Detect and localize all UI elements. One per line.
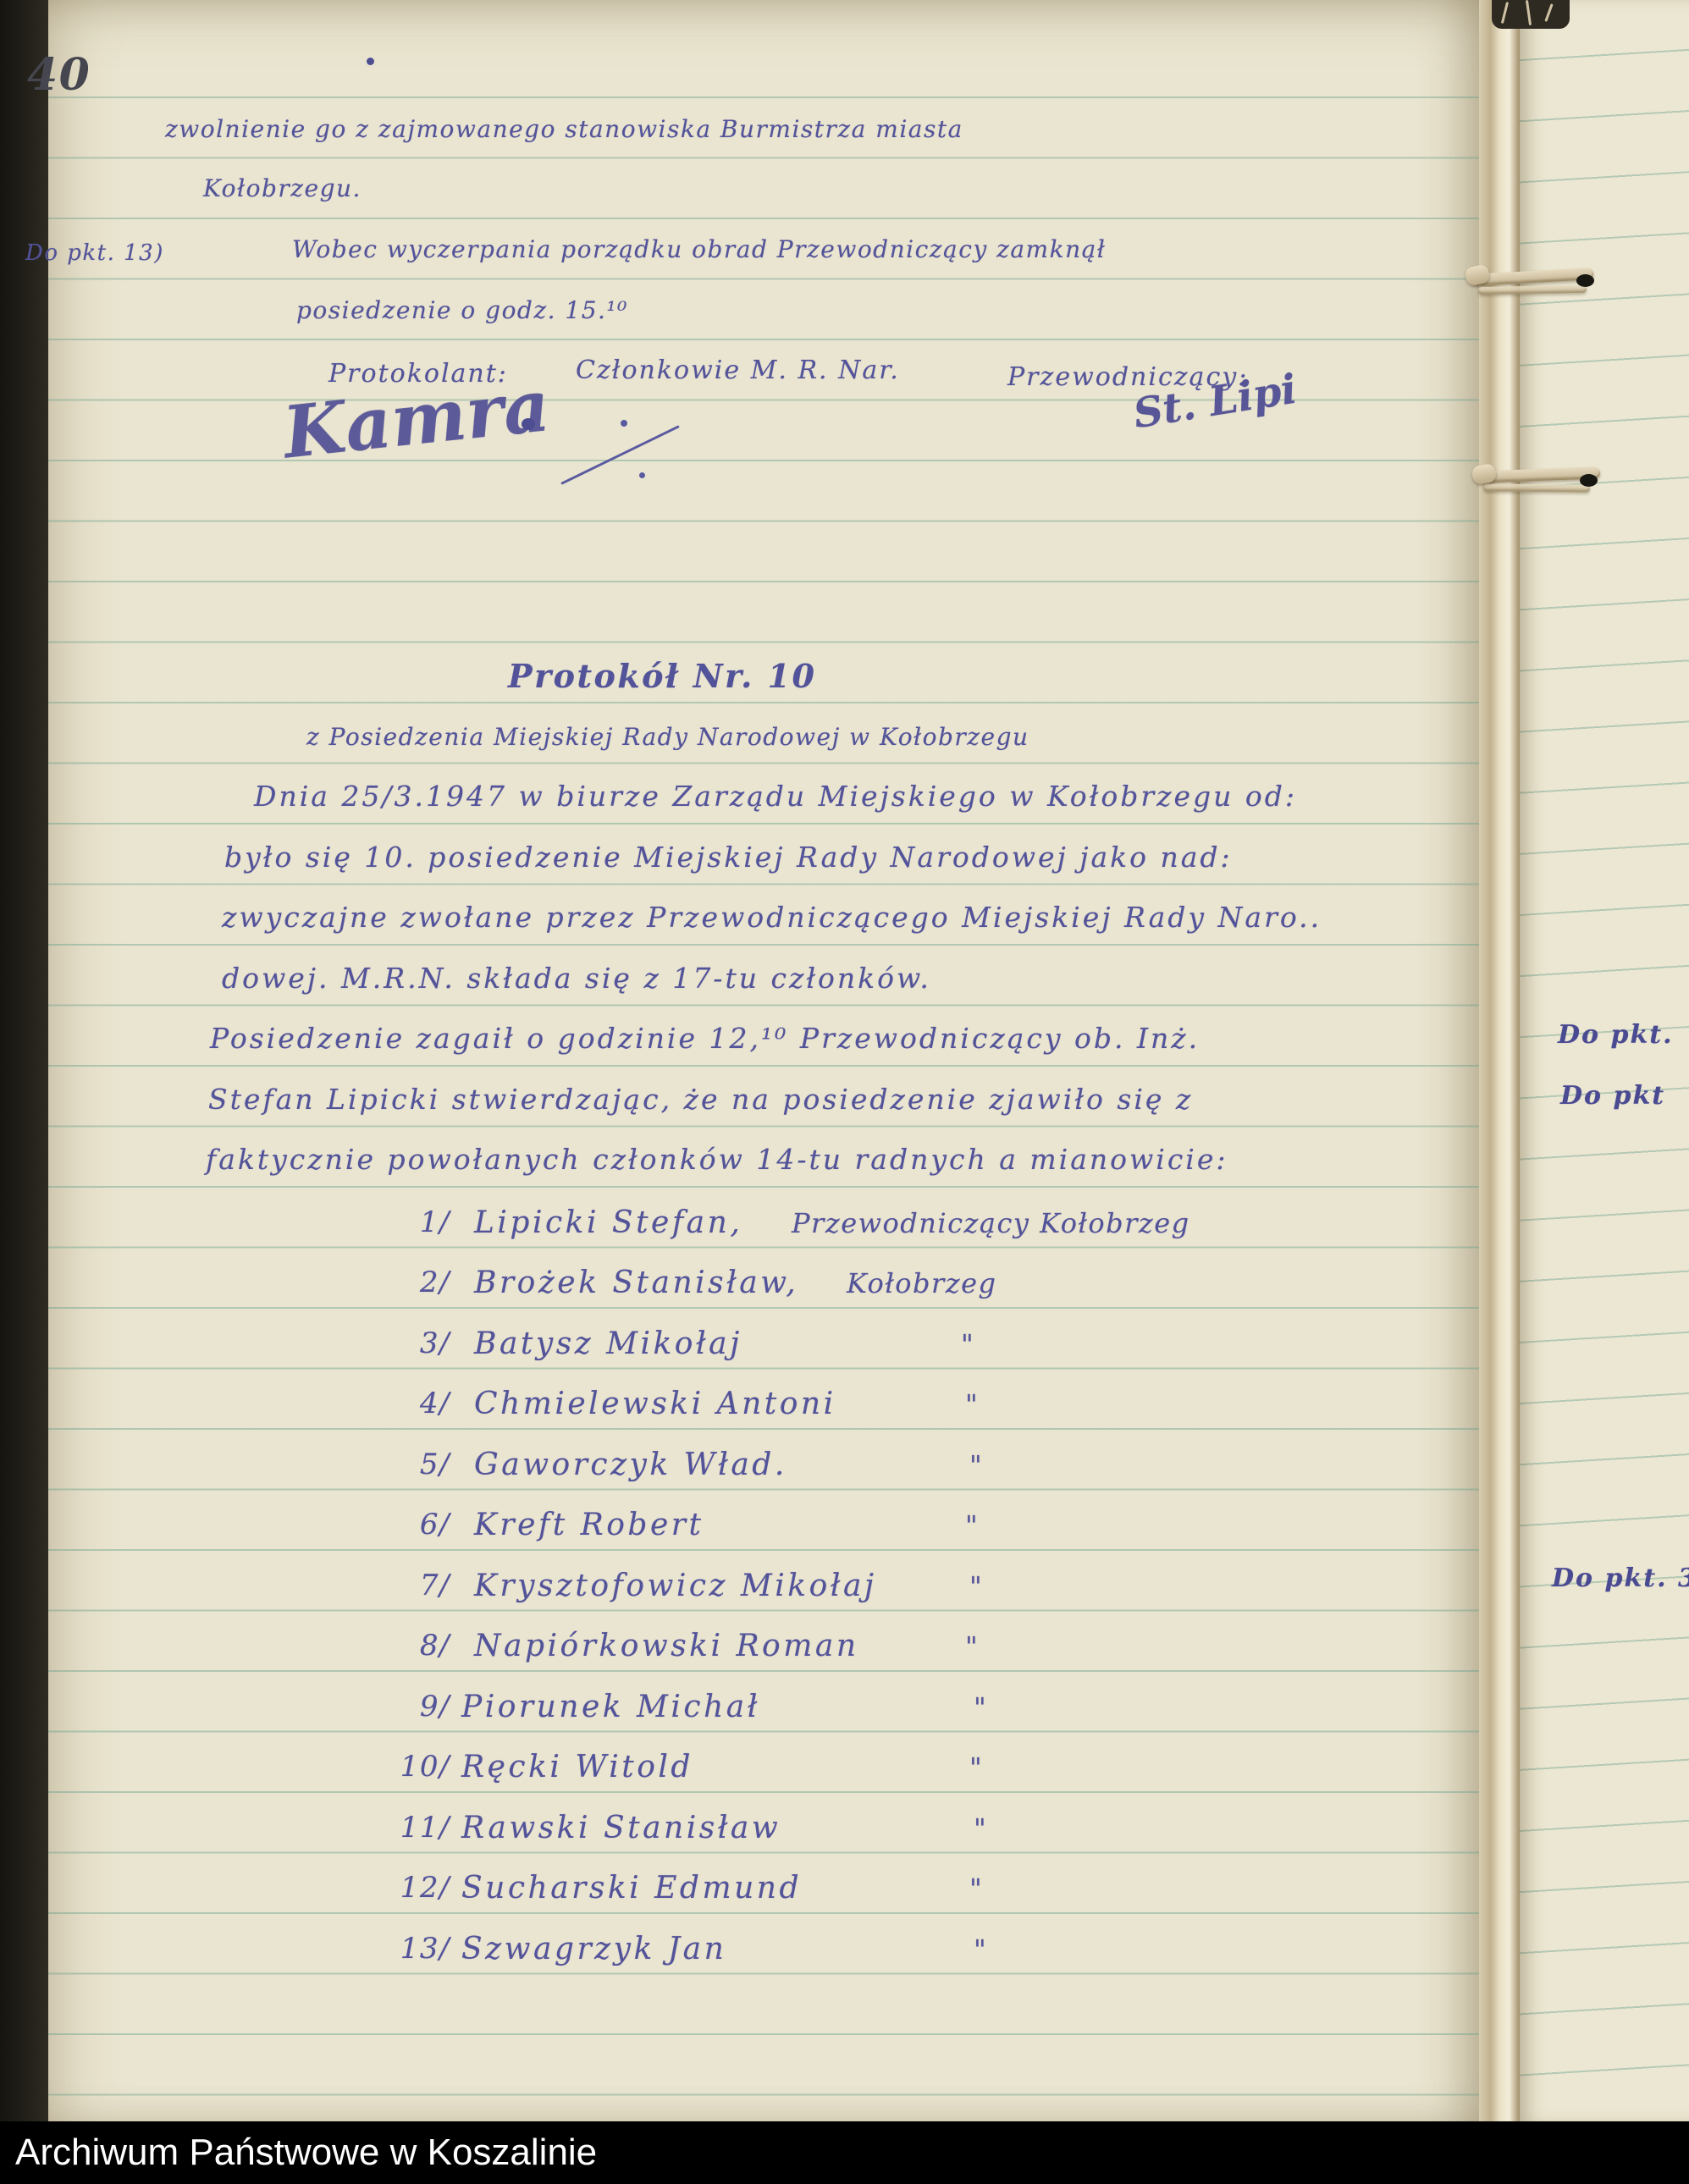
attendee-number: 12/	[356, 1871, 450, 1905]
attendee-row: 3/ Batysz Mikołaj "	[0, 1326, 1689, 1387]
scanned-notebook-page: 40 zwolnienie go z zajmowanego stanowisk…	[0, 0, 1689, 2184]
attendee-ditto-mark: "	[974, 1933, 987, 1966]
page-number: 40	[27, 49, 91, 101]
margin-note-do-pkt-3: Do pkt. 3	[1552, 1564, 1689, 1593]
ink-blot	[522, 418, 535, 430]
attendee-ditto-mark: "	[965, 1630, 979, 1663]
attendee-number: 4/	[356, 1387, 450, 1420]
attendee-name: Kreft Robert	[474, 1508, 704, 1542]
attendee-row: 7/ Krysztofowicz Mikołaj "	[0, 1569, 1689, 1630]
binding-twine-bottom-strand	[1483, 483, 1590, 492]
handwritten-line: Kołobrzegu.	[203, 174, 362, 202]
protocol-title: Protokół Nr. 10	[508, 657, 816, 695]
protocol-subtitle: z Posiedzenia Miejskiej Rady Narodowej w…	[306, 723, 1029, 751]
thread-icon	[1501, 2, 1509, 24]
attendee-number: 9/	[356, 1690, 450, 1723]
attendee-row: 4/ Chmielewski Antoni "	[0, 1387, 1689, 1448]
slash-mark	[560, 425, 680, 485]
attendee-number: 13/	[356, 1932, 450, 1966]
handwritten-line: Stefan Lipicki stwierdzając, że na posie…	[208, 1083, 1193, 1116]
attendee-ditto-mark: "	[961, 1328, 974, 1360]
ink-dot	[367, 58, 374, 65]
attendee-name: Piorunek Michał	[461, 1690, 760, 1724]
attendee-row: 13/ Szwagrzyk Jan "	[0, 1932, 1689, 1993]
binding-hole	[1580, 474, 1598, 487]
attendee-name: Ręcki Witold	[461, 1750, 693, 1784]
dot-mark	[639, 472, 645, 478]
margin-note-pkt13: Do pkt. 13)	[25, 240, 164, 266]
handwritten-line: posiedzenie o godz. 15.¹⁰	[296, 296, 628, 324]
attendee-number: 10/	[356, 1750, 450, 1784]
attendee-row: 1/ Lipicki Stefan, Przewodniczący Kołobr…	[0, 1205, 1689, 1266]
attendee-ditto-mark: "	[974, 1691, 987, 1723]
dot-mark	[621, 420, 627, 427]
attendee-number: 6/	[356, 1508, 450, 1541]
attendee-ditto-mark: "	[965, 1509, 979, 1541]
attendee-row: 6/ Kreft Robert "	[0, 1508, 1689, 1569]
attendee-ditto-mark: "	[965, 1388, 979, 1420]
attendee-ditto-mark: "	[969, 1872, 983, 1905]
attendee-row: 5/ Gaworczyk Wład. "	[0, 1448, 1689, 1508]
attendee-ditto-mark: "	[969, 1570, 983, 1602]
attendee-row: 2/ Brożek Stanisław, Kołobrzeg	[0, 1266, 1689, 1326]
attendee-ditto-mark: "	[974, 1812, 987, 1845]
handwritten-line: Dnia 25/3.1947 w biurze Zarządu Miejskie…	[254, 780, 1297, 813]
handwritten-line: zwolnienie go z zajmowanego stanowiska B…	[165, 115, 963, 143]
attendee-place: Przewodniczący Kołobrzeg	[792, 1207, 1190, 1239]
attendee-name: Chmielewski Antoni	[474, 1387, 836, 1421]
attendee-name: Rawski Stanisław	[461, 1811, 781, 1845]
archive-watermark: Archiwum Państwowe w Koszalinie	[15, 2121, 597, 2184]
attendee-row: 9/ Piorunek Michał "	[0, 1690, 1689, 1751]
margin-note-do-pkt-1: Do pkt.	[1558, 1020, 1674, 1050]
attendee-name: Sucharski Edmund	[461, 1871, 802, 1905]
attendee-name: Lipicki Stefan,	[474, 1205, 742, 1240]
attendee-place: Kołobrzeg	[847, 1267, 997, 1299]
attendee-row: 8/ Napiórkowski Roman "	[0, 1629, 1689, 1690]
handwritten-line: było się 10. posiedzenie Miejskiej Rady …	[224, 841, 1233, 874]
thread-icon	[1544, 3, 1553, 22]
attendee-name: Szwagrzyk Jan	[461, 1932, 726, 1966]
margin-note-do-pkt-2: Do pkt	[1560, 1081, 1665, 1111]
attendee-name: Brożek Stanisław,	[474, 1266, 798, 1300]
attendee-number: 3/	[356, 1326, 450, 1360]
attendee-number: 1/	[356, 1205, 450, 1239]
attendee-row: 11/ Rawski Stanisław "	[0, 1811, 1689, 1872]
binding-gap	[1492, 0, 1570, 29]
attendee-name: Krysztofowicz Mikołaj	[474, 1569, 877, 1603]
attendee-number: 8/	[356, 1629, 450, 1663]
attendee-row: 12/ Sucharski Edmund "	[0, 1871, 1689, 1932]
attendee-number: 11/	[356, 1811, 450, 1845]
attendee-name: Batysz Mikołaj	[474, 1326, 742, 1361]
attendee-number: 2/	[356, 1266, 450, 1299]
attendee-name: Gaworczyk Wład.	[474, 1448, 787, 1482]
binding-hole	[1576, 274, 1594, 287]
attendee-ditto-mark: "	[969, 1449, 983, 1481]
thread-icon	[1526, 0, 1532, 25]
handwritten-line: Wobec wyczerpania porządku obrad Przewod…	[292, 235, 1106, 263]
attendee-name: Napiórkowski Roman	[474, 1629, 859, 1663]
attendee-row: 10/ Ręcki Witold "	[0, 1750, 1689, 1811]
members-signature-mark	[555, 413, 698, 494]
handwritten-line: zwyczajne zwołane przez Przewodniczącego…	[222, 901, 1322, 934]
handwritten-line: faktycznie powołanych członków 14-tu rad…	[206, 1143, 1228, 1176]
watermark-bar: Archiwum Państwowe w Koszalinie	[0, 2121, 1689, 2184]
handwritten-line: Posiedzenie zagaił o godzinie 12,¹⁰ Prze…	[210, 1022, 1200, 1055]
attendee-number: 5/	[356, 1448, 450, 1481]
handwritten-line: dowej. M.R.N. składa się z 17-tu członkó…	[222, 962, 931, 995]
attendee-number: 7/	[356, 1569, 450, 1602]
label-members: Członkowie M. R. Nar.	[576, 356, 900, 385]
attendee-ditto-mark: "	[969, 1751, 983, 1784]
